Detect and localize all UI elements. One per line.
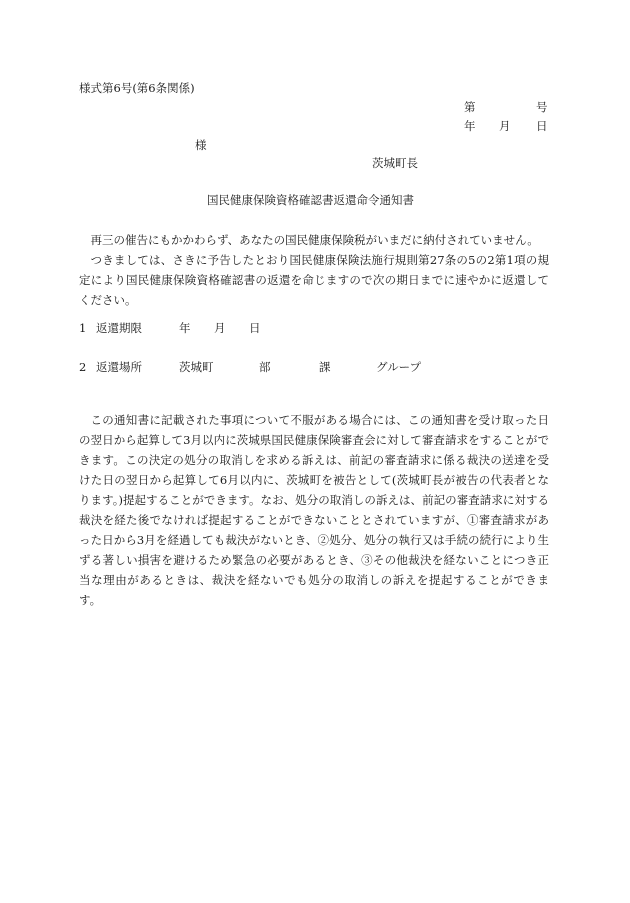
location-town: 茨城町	[179, 359, 214, 375]
item-label: 返還期限	[96, 320, 142, 336]
date-month-label: 月	[499, 118, 511, 134]
intro-paragraph-2: つきましては、さきに予告したとおり国民健康保険法施行規則第27条の5の2第1項の…	[79, 250, 549, 310]
deadline-year-label: 年	[179, 320, 191, 336]
recipient-honorific: 様	[195, 137, 207, 153]
issuer-name: 茨城町長	[372, 155, 418, 171]
intro-section: 再三の催告にもかかわらず、あなたの国民健康保険税がいまだに納付されていません。 …	[79, 230, 549, 310]
deadline-day-label: 日	[249, 320, 261, 336]
item-label: 返還場所	[96, 359, 142, 375]
date-day-label: 日	[536, 118, 548, 134]
intro-paragraph-1: 再三の催告にもかかわらず、あなたの国民健康保険税がいまだに納付されていません。	[79, 230, 549, 250]
appeal-paragraph: この通知書に記載された事項について不服がある場合には、この通知書を受け取った日の…	[79, 410, 549, 610]
deadline-month-label: 月	[214, 320, 226, 336]
item-number: 2	[79, 359, 86, 375]
document-title: 国民健康保険資格確認書返還命令通知書	[207, 192, 414, 208]
location-group-label: グループ	[376, 359, 421, 375]
date-year-label: 年	[464, 118, 476, 134]
form-label: 様式第6号(第6条関係)	[79, 80, 195, 96]
location-department-label: 部	[259, 359, 271, 375]
item-number: 1	[79, 320, 86, 336]
document-number-suffix: 号	[536, 99, 548, 115]
document-page: 様式第6号(第6条関係) 第 号 年 月 日 様 茨城町長 国民健康保険資格確認…	[0, 0, 630, 903]
document-number-prefix: 第	[464, 99, 476, 115]
appeal-section: この通知書に記載された事項について不服がある場合には、この通知書を受け取った日の…	[79, 410, 549, 610]
location-section-label: 課	[319, 359, 331, 375]
